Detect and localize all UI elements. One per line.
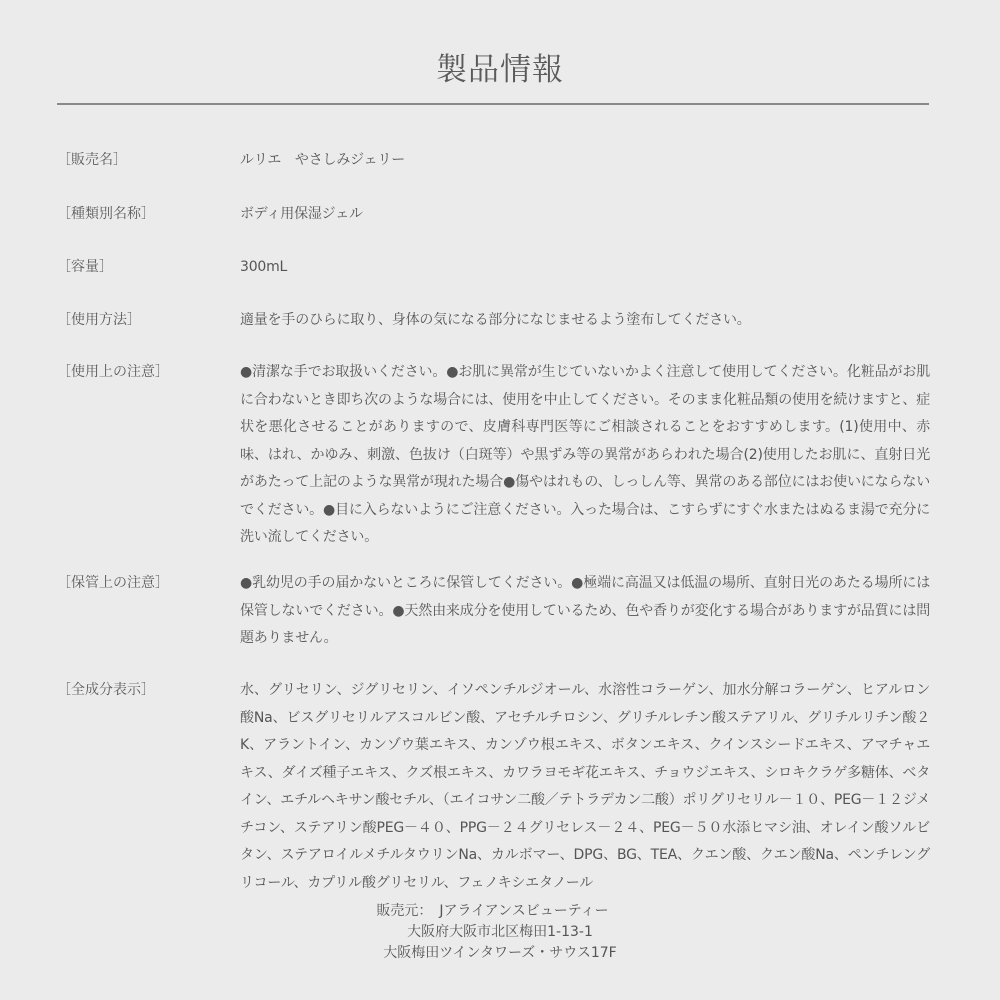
- value-storage-caution: ●乳幼児の手の届かないところに保管してください。●極端に高温又は低温の場所、直射…: [240, 570, 930, 653]
- value-ingredients: 水、グリセリン、ジグリセリン、イソペンチルジオール、水溶性コラーゲン、加水分解コ…: [240, 677, 930, 897]
- value-usage-caution: ●清潔な手でお取扱いください。●お肌に異常が生じていないかよく注意して使用してく…: [240, 359, 930, 552]
- label-storage-caution: ［保管上の注意］: [57, 570, 169, 597]
- seller-info: 販売元： Jアライアンスビューティー 大阪府大阪市北区梅田1-13-1 大阪梅田…: [0, 901, 1000, 964]
- value-product-name: ルリエ やさしみジェリー: [240, 147, 930, 175]
- label-ingredients: ［全成分表示］: [57, 677, 155, 704]
- value-volume: 300mL: [240, 254, 930, 282]
- seller-name: 販売元： Jアライアンスビューティー: [0, 901, 1000, 922]
- label-usage-caution: ［使用上の注意］: [57, 359, 169, 386]
- seller-address-line1: 大阪府大阪市北区梅田1-13-1: [0, 922, 1000, 943]
- page-title: 製品情報: [0, 48, 1000, 92]
- label-product-name: ［販売名］: [57, 147, 127, 174]
- label-category: ［種類別名称］: [57, 201, 155, 228]
- seller-address-line2: 大阪梅田ツインタワーズ・サウス17F: [0, 943, 1000, 964]
- label-usage: ［使用方法］: [57, 307, 141, 334]
- value-category: ボディ用保湿ジェル: [240, 201, 930, 229]
- value-usage: 適量を手のひらに取り、身体の気になる部分になじませるよう塗布してください。: [240, 307, 930, 335]
- title-divider: [57, 103, 929, 105]
- label-volume: ［容量］: [57, 254, 113, 281]
